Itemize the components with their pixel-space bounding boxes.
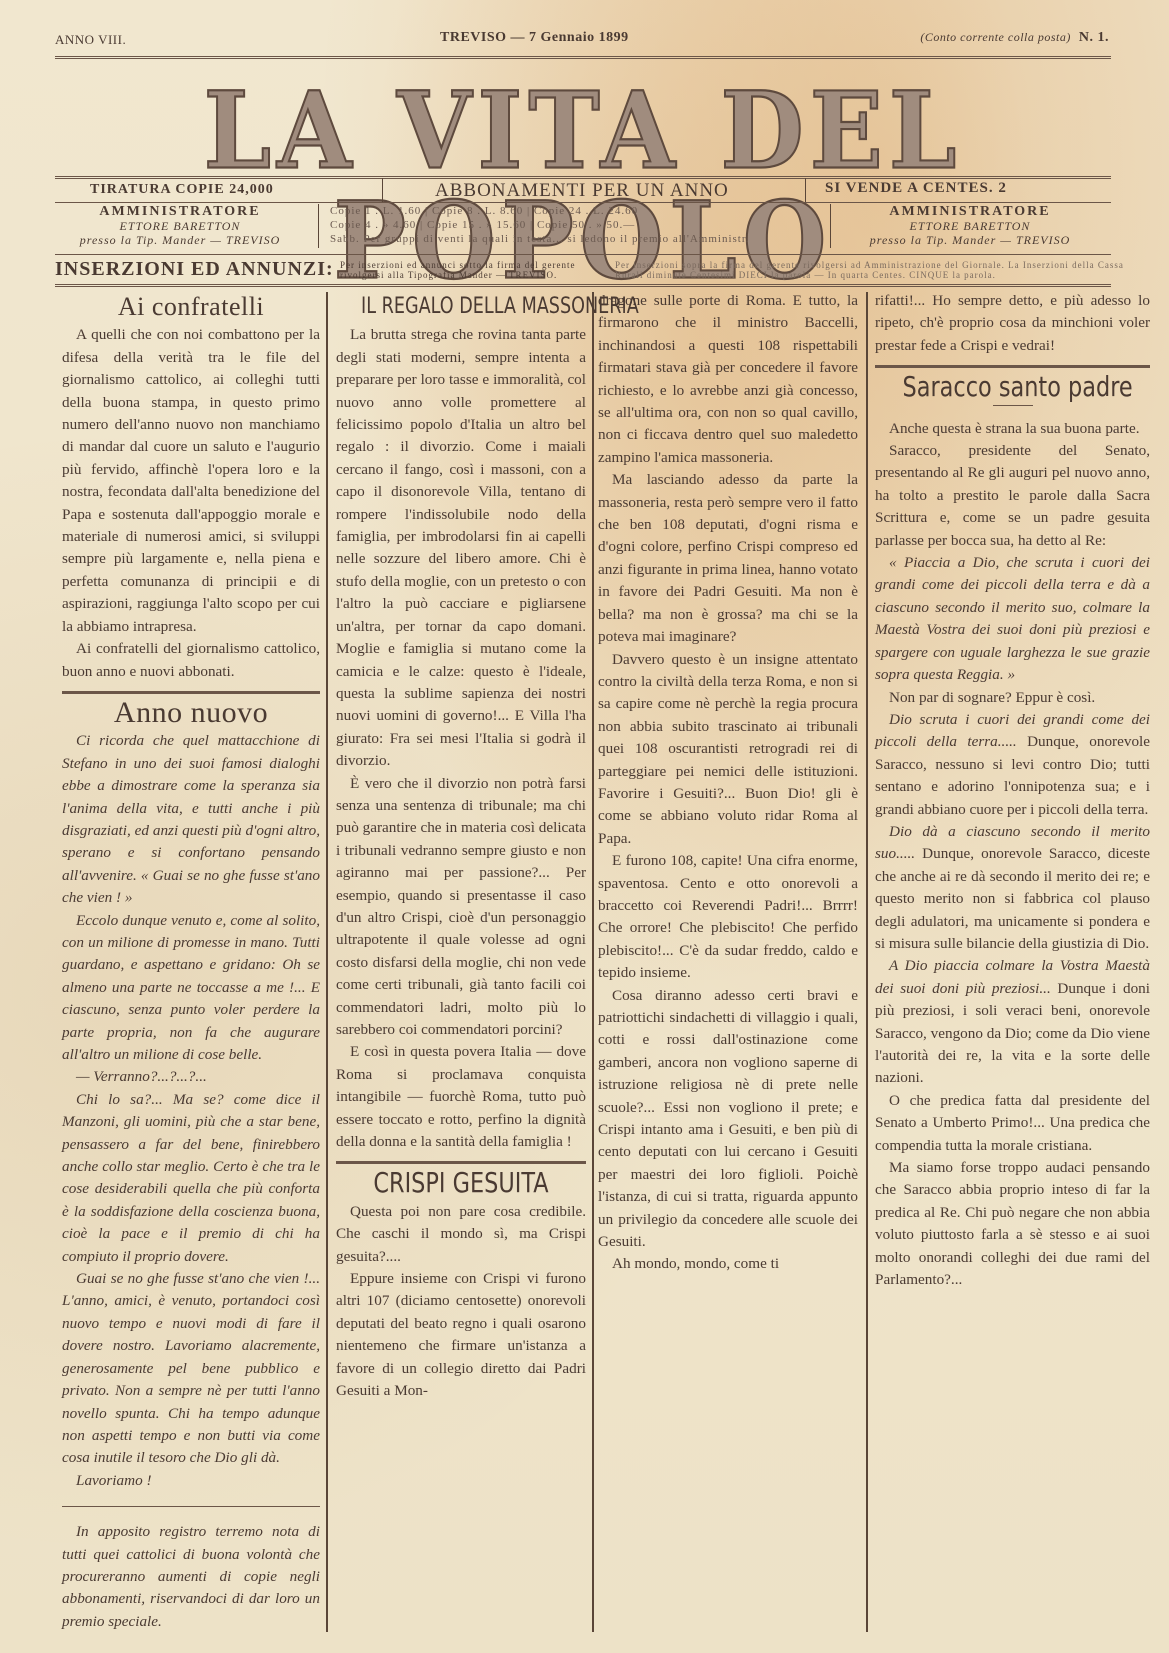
divider (336, 1161, 586, 1164)
divider (875, 365, 1150, 368)
issue-info: (Conto corrente colla posta)N. 1. (920, 30, 1109, 46)
column-divider (592, 292, 594, 1632)
dateline: ANNO VIII. TREVISO — 7 Gennaio 1899 (Con… (55, 30, 1109, 52)
divider (805, 178, 806, 202)
year-label: ANNO VIII. (55, 32, 126, 48)
price: SI VENDE A CENTES. 2 (825, 180, 1007, 197)
column-divider (326, 292, 328, 1632)
ads-note: Per inserzioni ed annunci sotto la firma… (340, 260, 610, 280)
admin-right: AMMINISTRATORE ETTORE BARETTON presso la… (850, 204, 1090, 247)
divider (318, 204, 319, 248)
article-title: CRISPI GESUITA (361, 1172, 561, 1194)
column-divider (866, 292, 868, 1632)
ads-label: INSERZIONI ED ANNUNZI: (55, 258, 334, 281)
divider (55, 202, 1111, 203)
notice: In apposito registro terremo nota di tut… (62, 1521, 320, 1633)
admin-left: AMMINISTRATORE ETTORE BARETTON presso la… (60, 204, 300, 247)
postal-note: (Conto corrente colla posta) (920, 30, 1071, 44)
issue-number: N. 1. (1079, 30, 1109, 45)
divider (55, 56, 1111, 59)
circulation: TIRATURA COPIE 24,000 (90, 182, 274, 198)
column-2: IL REGALO DELLA MASSONERIA La brutta str… (336, 290, 586, 1403)
divider (830, 204, 831, 248)
divider (55, 284, 1111, 287)
divider (62, 691, 320, 694)
subscriptions-title: ABBONAMENTI PER UN ANNO (435, 180, 729, 202)
article-title: Saracco santo padre (903, 376, 1123, 398)
info-bar-top: TIRATURA COPIE 24,000 ABBONAMENTI PER UN… (60, 180, 1109, 202)
divider (382, 178, 383, 202)
column-1: Ai confratelli A quelli che con noi comb… (62, 290, 320, 1633)
divider (993, 405, 1033, 406)
divider (62, 1506, 320, 1507)
ads-note-right: Per inserzioni sopra la firma del gerent… (615, 260, 1155, 280)
column-3: dragone sulle porte di Roma. E tutto, la… (598, 290, 858, 1276)
ads-bar: INSERZIONI ED ANNUNZI: Per inserzioni ed… (60, 258, 1109, 284)
divider (55, 176, 1111, 179)
place-date: TREVISO — 7 Gennaio 1899 (440, 30, 629, 46)
article-title: IL REGALO DELLA MASSONERIA (361, 296, 561, 318)
column-4: rifatti!... Ho sempre detto, e più adess… (875, 290, 1150, 1291)
price-table: Copie 1 . L. 1.60 | Copie 8 . L. 8.60 | … (330, 204, 820, 246)
article-title: Ai confratelli (62, 296, 320, 318)
info-bar-admin: AMMINISTRATORE ETTORE BARETTON presso la… (60, 204, 1109, 254)
masthead-title: LA VITA DEL POPOLO (55, 76, 1111, 186)
divider (55, 254, 1111, 255)
article-title: Anno nuovo (62, 702, 320, 724)
